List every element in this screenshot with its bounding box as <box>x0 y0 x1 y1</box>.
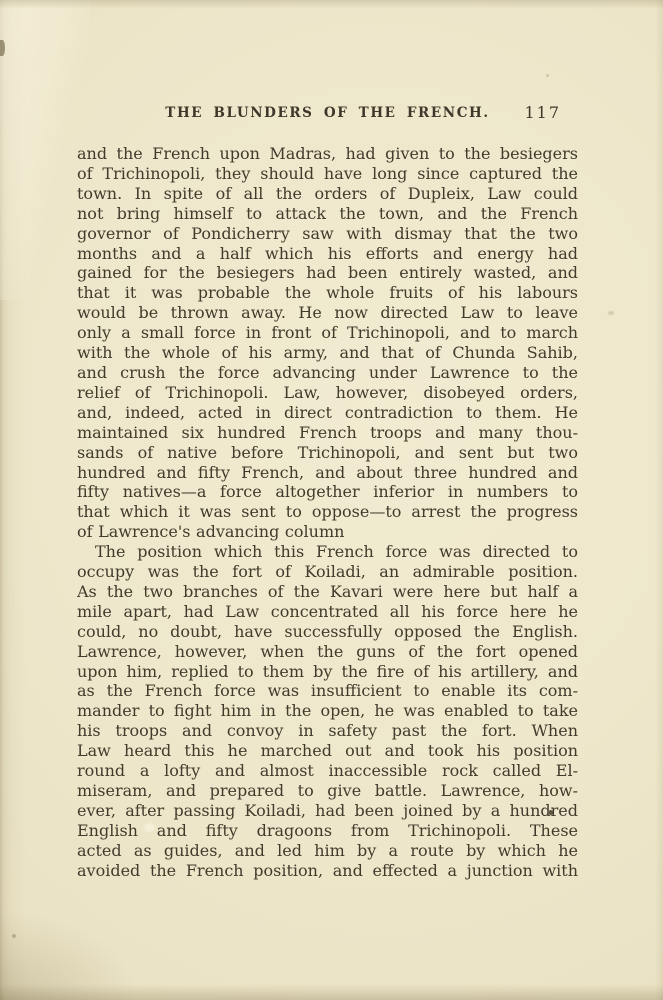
paper-speck <box>608 311 614 315</box>
text-line: hundred and fifty French, and about thre… <box>77 463 578 483</box>
text-line: fifty natives—a force altogether inferio… <box>77 482 578 502</box>
text-line: avoided the French position, and effecte… <box>77 861 578 881</box>
text-line: only a small force in front of Trichinop… <box>77 323 578 343</box>
page-right-edge-shadow <box>655 0 663 1000</box>
text-line: that which it was sent to oppose—to arre… <box>77 502 578 522</box>
book-page: THE BLUNDERS OF THE FRENCH. 117 and the … <box>0 0 663 1000</box>
text-line: upon him, replied to them by the fire of… <box>77 662 578 682</box>
text-line: mander to fight him in the open, he was … <box>77 701 578 721</box>
text-line: town. In spite of all the orders of Dupl… <box>77 184 578 204</box>
text-line: of Trichinopoli, they should have long s… <box>77 164 578 184</box>
page-header-title: THE BLUNDERS OF THE FRENCH. <box>77 105 578 121</box>
text-line: as the French force was insufficient to … <box>77 681 578 701</box>
paper-speck <box>12 934 16 938</box>
text-line: of Lawrence's advancing column <box>77 522 578 542</box>
text-line: Lawrence, however, when the guns of the … <box>77 642 578 662</box>
text-line: maintained six hundred French troops and… <box>77 423 578 443</box>
text-line: As the two branches of the Kavari were h… <box>77 582 578 602</box>
text-line: and, indeed, acted in direct contradicti… <box>77 403 578 423</box>
text-line: could, no doubt, have successfully oppos… <box>77 622 578 642</box>
text-line: months and a half which his efforts and … <box>77 244 578 264</box>
text-line: round a lofty and almost inaccessible ro… <box>77 761 578 781</box>
text-line: and crush the force advancing under Lawr… <box>77 363 578 383</box>
text-line: his troops and convoy in safety past the… <box>77 721 578 741</box>
page-left-edge-shadow <box>0 0 26 1000</box>
body-text: and the French upon Madras, had given to… <box>77 144 578 881</box>
text-line: acted as guides, and led him by a route … <box>77 841 578 861</box>
running-header: THE BLUNDERS OF THE FRENCH. 117 <box>77 105 578 125</box>
text-line: and the French upon Madras, had given to… <box>77 144 578 164</box>
text-line: ever, after passing Koiladi, had been jo… <box>77 801 578 821</box>
text-line: The position which this French force was… <box>77 542 578 562</box>
page-edge-nick <box>0 40 5 56</box>
text-line: English and fifty dragoons from Trichino… <box>77 821 578 841</box>
text-line: gained for the besiegers had been entire… <box>77 263 578 283</box>
page-number: 117 <box>524 103 561 122</box>
page-bottom-left-shadow <box>0 910 140 1000</box>
page-top-edge-shadow <box>0 0 663 9</box>
text-line: governor of Pondicherry saw with dismay … <box>77 224 578 244</box>
paper-speck <box>546 74 549 77</box>
text-line: with the whole of his army, and that of … <box>77 343 578 363</box>
text-line: would be thrown away. He now directed La… <box>77 303 578 323</box>
text-line: relief of Trichinopoli. Law, however, di… <box>77 383 578 403</box>
text-line: mile apart, had Law concentrated all his… <box>77 602 578 622</box>
text-line: not bring himself to attack the town, an… <box>77 204 578 224</box>
text-line: miseram, and prepared to give battle. La… <box>77 781 578 801</box>
page-bottom-edge-shadow <box>0 984 663 1000</box>
text-line: sands of native before Trichinopoli, and… <box>77 443 578 463</box>
text-line: occupy was the fort of Koiladi, an admir… <box>77 562 578 582</box>
text-line: Law heard this he marched out and took h… <box>77 741 578 761</box>
text-line: that it was probable the whole fruits of… <box>77 283 578 303</box>
